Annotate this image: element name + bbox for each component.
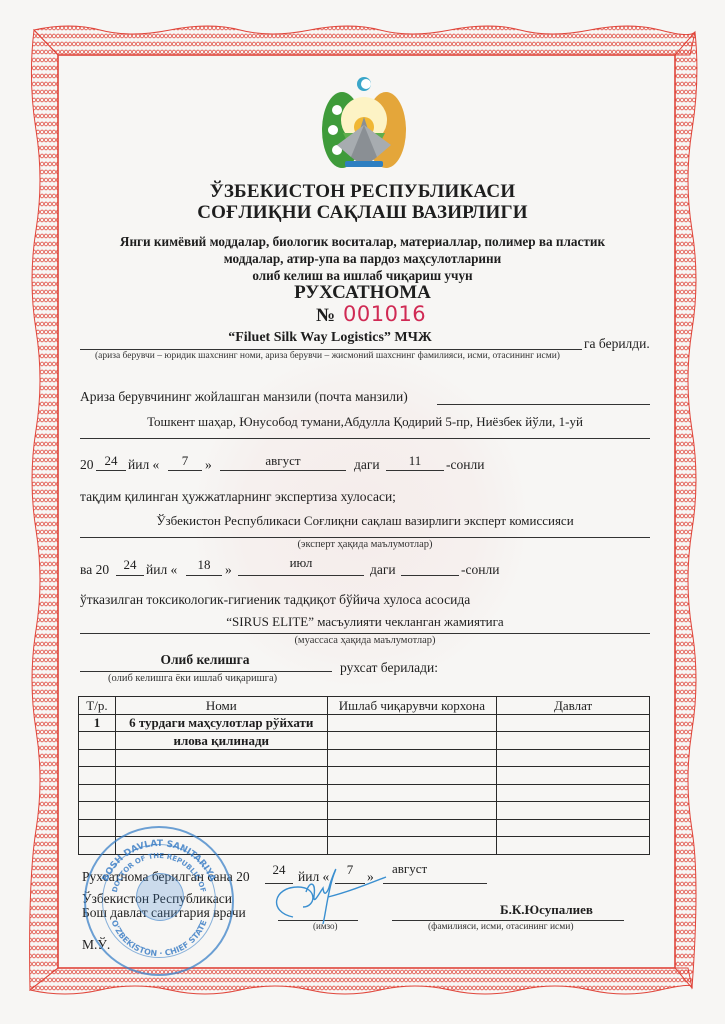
cell-manufacturer	[327, 802, 497, 820]
header-country: Давлат	[497, 697, 650, 715]
table-row	[79, 802, 650, 820]
tox-day-underline	[186, 575, 222, 576]
cell-country	[497, 802, 650, 820]
expertise-month: август	[220, 453, 346, 469]
tox-dagi: даги	[370, 562, 396, 578]
table-row	[79, 784, 650, 802]
cell-name: 6 турдаги маҳсулотлар рўйхати	[115, 714, 327, 732]
permission-suffix: рухсат берилади:	[340, 660, 438, 676]
address-label-underline	[437, 404, 650, 405]
cell-manufacturer	[327, 732, 497, 750]
expertise-number-underline	[386, 470, 444, 471]
expert-underline	[80, 537, 650, 538]
table-header-row: Т/р. Номи Ишлаб чиқарувчи корхона Давлат	[79, 697, 650, 715]
address-underline	[80, 438, 650, 439]
expertise-year-underline	[96, 470, 126, 471]
subtitle-line-1: Янги кимёвий моддалар, биологик воситала…	[0, 234, 725, 250]
expertise-day-underline	[168, 470, 202, 471]
cell-manufacturer	[327, 714, 497, 732]
expert-value: Ўзбекистон Республикаси Соғлиқни сақлаш …	[80, 513, 650, 529]
tox-text: ўтказилган токсикологик-гигиеник тадқиқо…	[80, 592, 470, 608]
table-row	[79, 767, 650, 785]
expertise-year-word: йил «	[128, 457, 159, 473]
cell-country	[497, 749, 650, 767]
tox-month-underline	[238, 575, 364, 576]
tox-day: 18	[186, 557, 222, 573]
cell-name	[115, 802, 327, 820]
cell-country	[497, 767, 650, 785]
cell-number	[79, 749, 116, 767]
permission-underline	[80, 671, 332, 672]
applicant-underline	[80, 349, 582, 350]
institution-caption: (муассаса ҳақида маълумотлар)	[80, 635, 650, 646]
number-sign: №	[316, 305, 335, 327]
cell-country	[497, 819, 650, 837]
tox-number-underline	[401, 575, 459, 576]
cell-manufacturer	[327, 749, 497, 767]
country-heading: ЎЗБЕКИСТОН РЕСПУБЛИКАСИ	[0, 181, 725, 203]
ministry-heading: СОҒЛИҚНИ САҚЛАШ ВАЗИРЛИГИ	[0, 202, 725, 224]
cell-manufacturer	[327, 767, 497, 785]
expertise-day: 7	[168, 453, 202, 469]
cell-country	[497, 837, 650, 855]
header-number: Т/р.	[79, 697, 116, 715]
tox-year-word: йил «	[146, 562, 177, 578]
expertise-dagi: даги	[354, 457, 380, 473]
subtitle-line-2: моддалар, атир-упа ва пардоз маҳсулотлар…	[0, 251, 725, 267]
expertise-year-prefix: 20	[80, 457, 94, 473]
cell-country	[497, 714, 650, 732]
cell-name: илова қилинади	[115, 732, 327, 750]
permission-caption: (олиб келишга ёки ишлаб чиқаришга)	[108, 673, 277, 684]
applicant-suffix: га берилди.	[584, 336, 650, 352]
document-title: РУХСАТНОМА	[0, 282, 725, 304]
cell-number: 1	[79, 714, 116, 732]
svg-text:O'ZBEKISTON · CHIEF STATE: O'ZBEKISTON · CHIEF STATE	[109, 919, 208, 958]
cell-number	[79, 767, 116, 785]
permission-type: Олиб келишга	[80, 652, 330, 668]
expert-caption: (эксперт ҳақида маълумотлар)	[80, 539, 650, 550]
cell-manufacturer	[327, 819, 497, 837]
signature-icon	[268, 862, 388, 932]
cell-number	[79, 732, 116, 750]
tox-prefix: ва 20	[80, 562, 109, 578]
tox-year-underline	[116, 575, 144, 576]
cell-country	[497, 732, 650, 750]
signer-underline	[392, 920, 624, 921]
expertise-sonli: -сонли	[446, 457, 484, 473]
applicant-caption: (ариза берувчи – юридик шахснинг номи, а…	[95, 351, 560, 361]
tox-day-close: »	[225, 562, 232, 578]
cell-number	[79, 784, 116, 802]
expertise-text: тақдим қилинган ҳужжатларнинг экспертиза…	[80, 489, 396, 505]
issued-month-underline	[383, 883, 487, 884]
header-name: Номи	[115, 697, 327, 715]
cell-manufacturer	[327, 837, 497, 855]
expertise-month-underline	[220, 470, 346, 471]
cell-name	[115, 784, 327, 802]
tox-month: июл	[238, 555, 364, 571]
tox-sonli: -сонли	[461, 562, 499, 578]
address-label: Ариза берувчининг жойлашган манзили (поч…	[80, 389, 408, 405]
table-row	[79, 749, 650, 767]
header-manufacturer: Ишлаб чиқарувчи корхона	[327, 697, 497, 715]
applicant-name: “Filuet Silk Way Logistics” МЧЖ	[80, 330, 580, 346]
table-row: илова қилинади	[79, 732, 650, 750]
cell-number	[79, 802, 116, 820]
institution-underline	[80, 633, 650, 634]
expertise-year: 24	[96, 453, 126, 469]
address-value: Тошкент шаҳар, Юнусобод тумани,Абдулла Қ…	[80, 414, 650, 430]
cell-name	[115, 749, 327, 767]
state-emblem-icon	[315, 75, 413, 175]
cell-name	[115, 767, 327, 785]
cell-manufacturer	[327, 784, 497, 802]
permit-number: 001016	[343, 302, 426, 326]
signer-name: Б.К.Юсупалиев	[500, 902, 593, 918]
table-row: 16 турдаги маҳсулотлар рўйхати	[79, 714, 650, 732]
signer-caption: (фамилияси, исми, отасининг исми)	[428, 922, 574, 932]
tox-year: 24	[116, 557, 144, 573]
expertise-number: 11	[386, 453, 444, 469]
stamp-ring-text: BOSH DAVLAT SANITARIYA DOCTOR OF THE REP…	[84, 826, 234, 976]
institution-value: “SIRUS ELITE” масъулияти чекланган жамия…	[80, 614, 650, 630]
issued-month: август	[392, 861, 427, 877]
expertise-day-close: »	[205, 457, 212, 473]
cell-country	[497, 784, 650, 802]
